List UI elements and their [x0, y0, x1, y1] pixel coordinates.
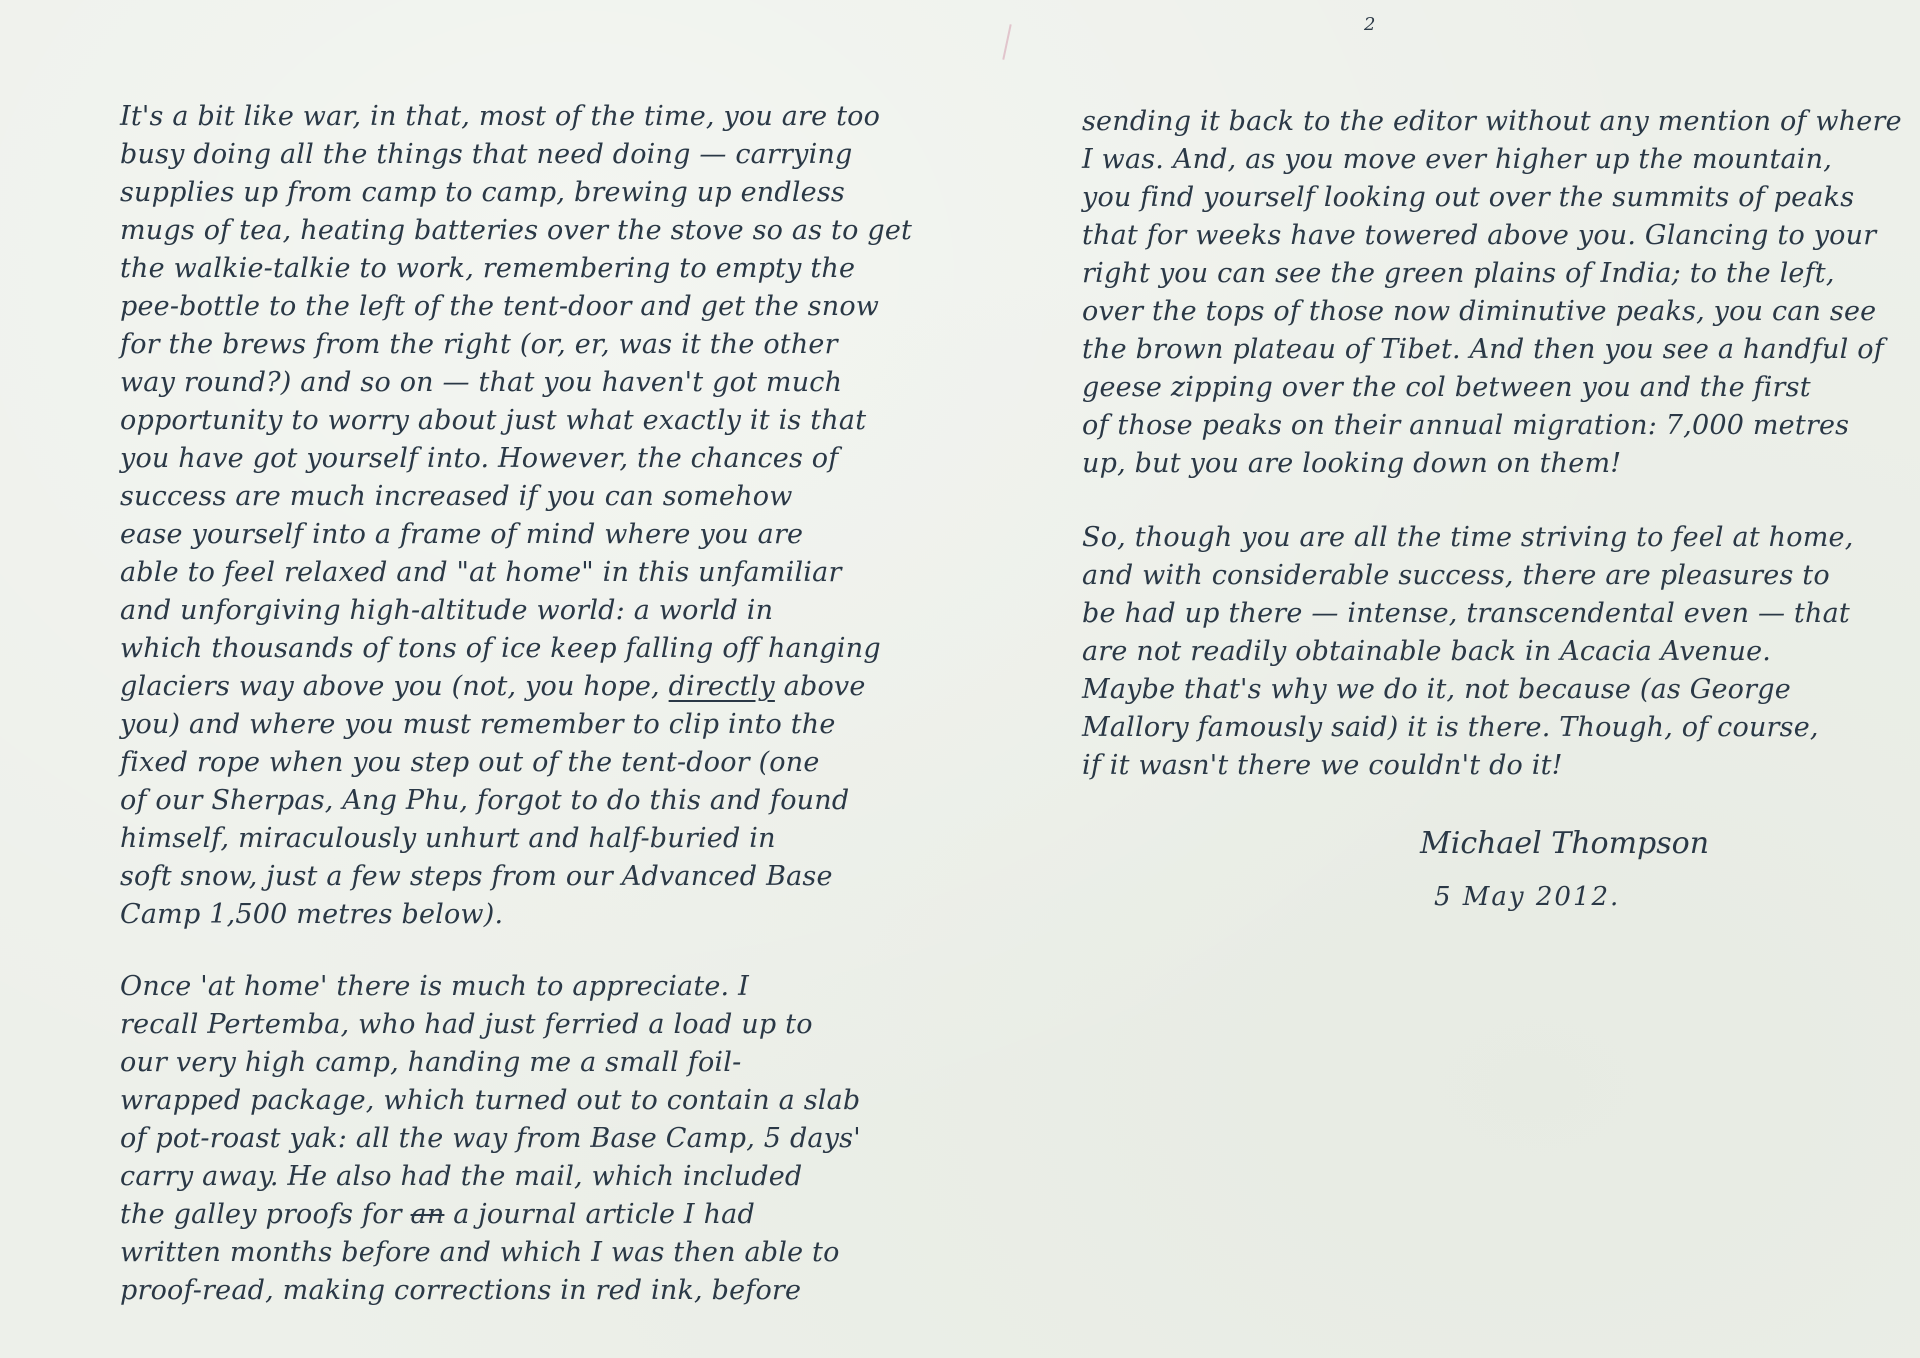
paragraph-gap — [1082, 483, 1902, 519]
text-segment: glaciers way above you (not, you hope, — [120, 671, 669, 702]
text-line: Camp 1,500 metres below). — [120, 896, 960, 934]
text-line: right you can see the green plains of In… — [1082, 255, 1902, 293]
text-line: Mallory famously said) it is there. Thou… — [1082, 709, 1902, 747]
text-line: Once 'at home' there is much to apprecia… — [120, 968, 960, 1006]
text-line: up, but you are looking down on them! — [1082, 445, 1902, 483]
text-line: fixed rope when you step out of the tent… — [120, 744, 960, 782]
text-line: which thousands of tons of ice keep fall… — [120, 630, 960, 668]
text-line: opportunity to worry about just what exa… — [120, 402, 960, 440]
signature-date: 5 May 2012. — [1434, 882, 1620, 912]
text-line: you) and where you must remember to clip… — [120, 706, 960, 744]
text-line: geese zipping over the col between you a… — [1082, 369, 1902, 407]
letter-page: 2 It's a bit like war, in that, most of … — [0, 0, 1920, 1358]
text-line: you find yourself looking out over the s… — [1082, 179, 1902, 217]
text-line: supplies up from camp to camp, brewing u… — [120, 174, 960, 212]
text-line: sending it back to the editor without an… — [1082, 103, 1902, 141]
text-line: mugs of tea, heating batteries over the … — [120, 212, 960, 250]
text-line: proof-read, making corrections in red in… — [120, 1272, 960, 1310]
text-line: carry away. He also had the mail, which … — [120, 1158, 960, 1196]
text-line: that for weeks have towered above you. G… — [1082, 217, 1902, 255]
pencil-mark — [1002, 24, 1011, 60]
struck-word: an — [411, 1199, 445, 1230]
text-line: able to feel relaxed and "at home" in th… — [120, 554, 960, 592]
text-segment: above — [775, 671, 866, 702]
text-line: glaciers way above you (not, you hope, d… — [120, 668, 960, 706]
text-line: wrapped package, which turned out to con… — [120, 1082, 960, 1120]
text-line: for the brews from the right (or, er, wa… — [120, 326, 960, 364]
text-line: of our Sherpas, Ang Phu, forgot to do th… — [120, 782, 960, 820]
text-line: of those peaks on their annual migration… — [1082, 407, 1902, 445]
paragraph-war-analogy: It's a bit like war, in that, most of th… — [120, 98, 960, 934]
text-line: of pot-roast yak: all the way from Base … — [120, 1120, 960, 1158]
paragraph-pleasures: So, though you are all the time striving… — [1082, 519, 1902, 785]
text-line: the walkie-talkie to work, remembering t… — [120, 250, 960, 288]
underlined-word: directly — [669, 671, 775, 702]
signature: Michael Thompson — [1420, 826, 1709, 861]
text-line: recall Pertemba, who had just ferried a … — [120, 1006, 960, 1044]
left-column: It's a bit like war, in that, most of th… — [120, 98, 960, 1310]
text-line: the brown plateau of Tibet. And then you… — [1082, 331, 1902, 369]
text-line: are not readily obtainable back in Acaci… — [1082, 633, 1902, 671]
text-segment: a journal article I had — [444, 1199, 755, 1230]
text-line: over the tops of those now diminutive pe… — [1082, 293, 1902, 331]
text-line: our very high camp, handing me a small f… — [120, 1044, 960, 1082]
paragraph-at-home: Once 'at home' there is much to apprecia… — [120, 968, 960, 1310]
text-line: you have got yourself into. However, the… — [120, 440, 960, 478]
text-line: It's a bit like war, in that, most of th… — [120, 98, 960, 136]
paragraph-gap — [120, 934, 960, 968]
text-line: and with considerable success, there are… — [1082, 557, 1902, 595]
text-line: be had up there — intense, transcendenta… — [1082, 595, 1902, 633]
page-number: 2 — [1364, 14, 1375, 35]
text-line: Maybe that's why we do it, not because (… — [1082, 671, 1902, 709]
text-line: soft snow, just a few steps from our Adv… — [120, 858, 960, 896]
text-line: success are much increased if you can so… — [120, 478, 960, 516]
text-line: I was. And, as you move ever higher up t… — [1082, 141, 1902, 179]
text-line: and unforgiving high-altitude world: a w… — [120, 592, 960, 630]
text-line: ease yourself into a frame of mind where… — [120, 516, 960, 554]
text-line: if it wasn't there we couldn't do it! — [1082, 747, 1902, 785]
text-line: way round?) and so on — that you haven't… — [120, 364, 960, 402]
text-line: busy doing all the things that need doin… — [120, 136, 960, 174]
text-line: pee-bottle to the left of the tent-door … — [120, 288, 960, 326]
text-line: So, though you are all the time striving… — [1082, 519, 1902, 557]
right-column: sending it back to the editor without an… — [1082, 103, 1902, 785]
text-segment: the galley proofs for — [120, 1199, 411, 1230]
paragraph-looking-down: sending it back to the editor without an… — [1082, 103, 1902, 483]
text-line: written months before and which I was th… — [120, 1234, 960, 1272]
text-line: the galley proofs for an a journal artic… — [120, 1196, 960, 1234]
text-line: himself, miraculously unhurt and half-bu… — [120, 820, 960, 858]
